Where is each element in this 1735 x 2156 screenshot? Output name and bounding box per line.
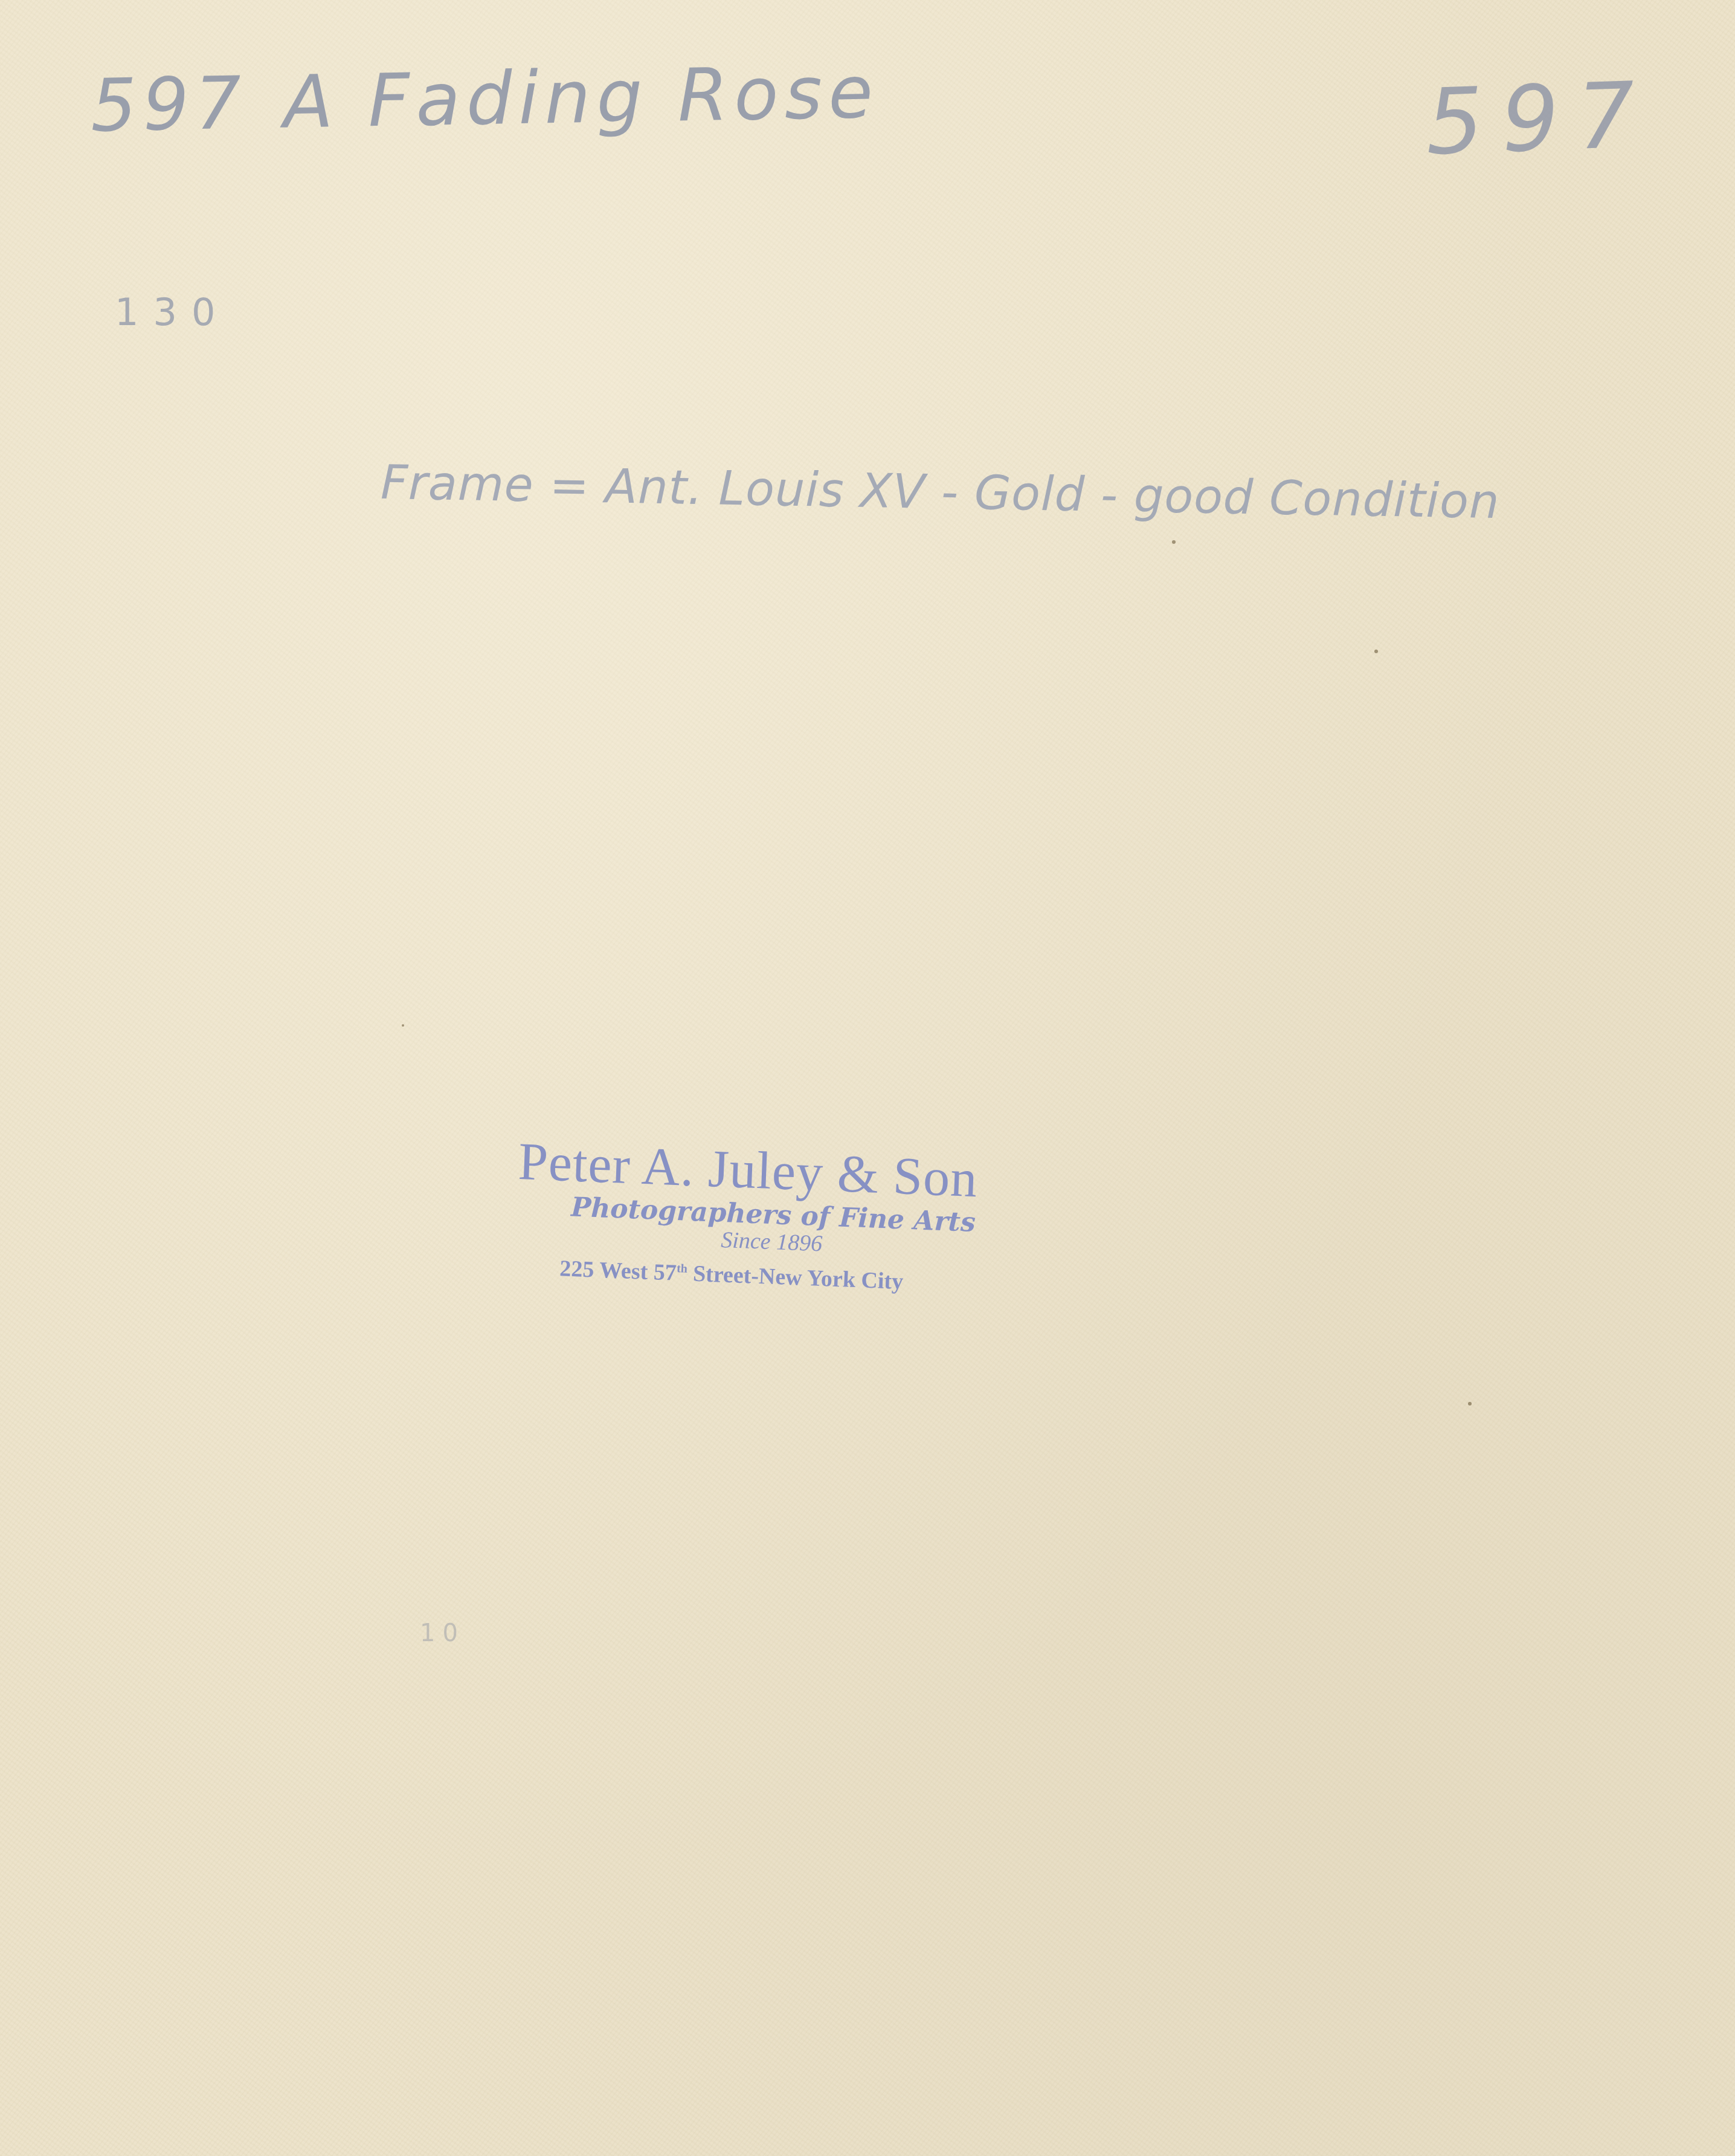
paper-speck — [1374, 650, 1378, 653]
address-suffix: th — [677, 1262, 688, 1276]
address-rest: Street-New York City — [692, 1261, 904, 1294]
corner-number: 597 — [1424, 62, 1655, 175]
title-number: 597 — [90, 62, 248, 148]
paper-speck — [1172, 540, 1176, 544]
faint-number: 10 — [420, 1619, 465, 1647]
paper-background — [0, 0, 1735, 2156]
handwritten-title: 597A Fading Rose — [90, 51, 880, 149]
address-number: 225 West 57 — [559, 1256, 677, 1285]
reference-number: 130 — [115, 290, 230, 334]
paper-speck — [1468, 1402, 1472, 1406]
paper-speck — [402, 1024, 404, 1027]
title-text: A Fading Rose — [283, 51, 880, 145]
photographer-stamp: Peter A. Juley & Son Photographers of Fi… — [513, 1133, 1087, 1307]
